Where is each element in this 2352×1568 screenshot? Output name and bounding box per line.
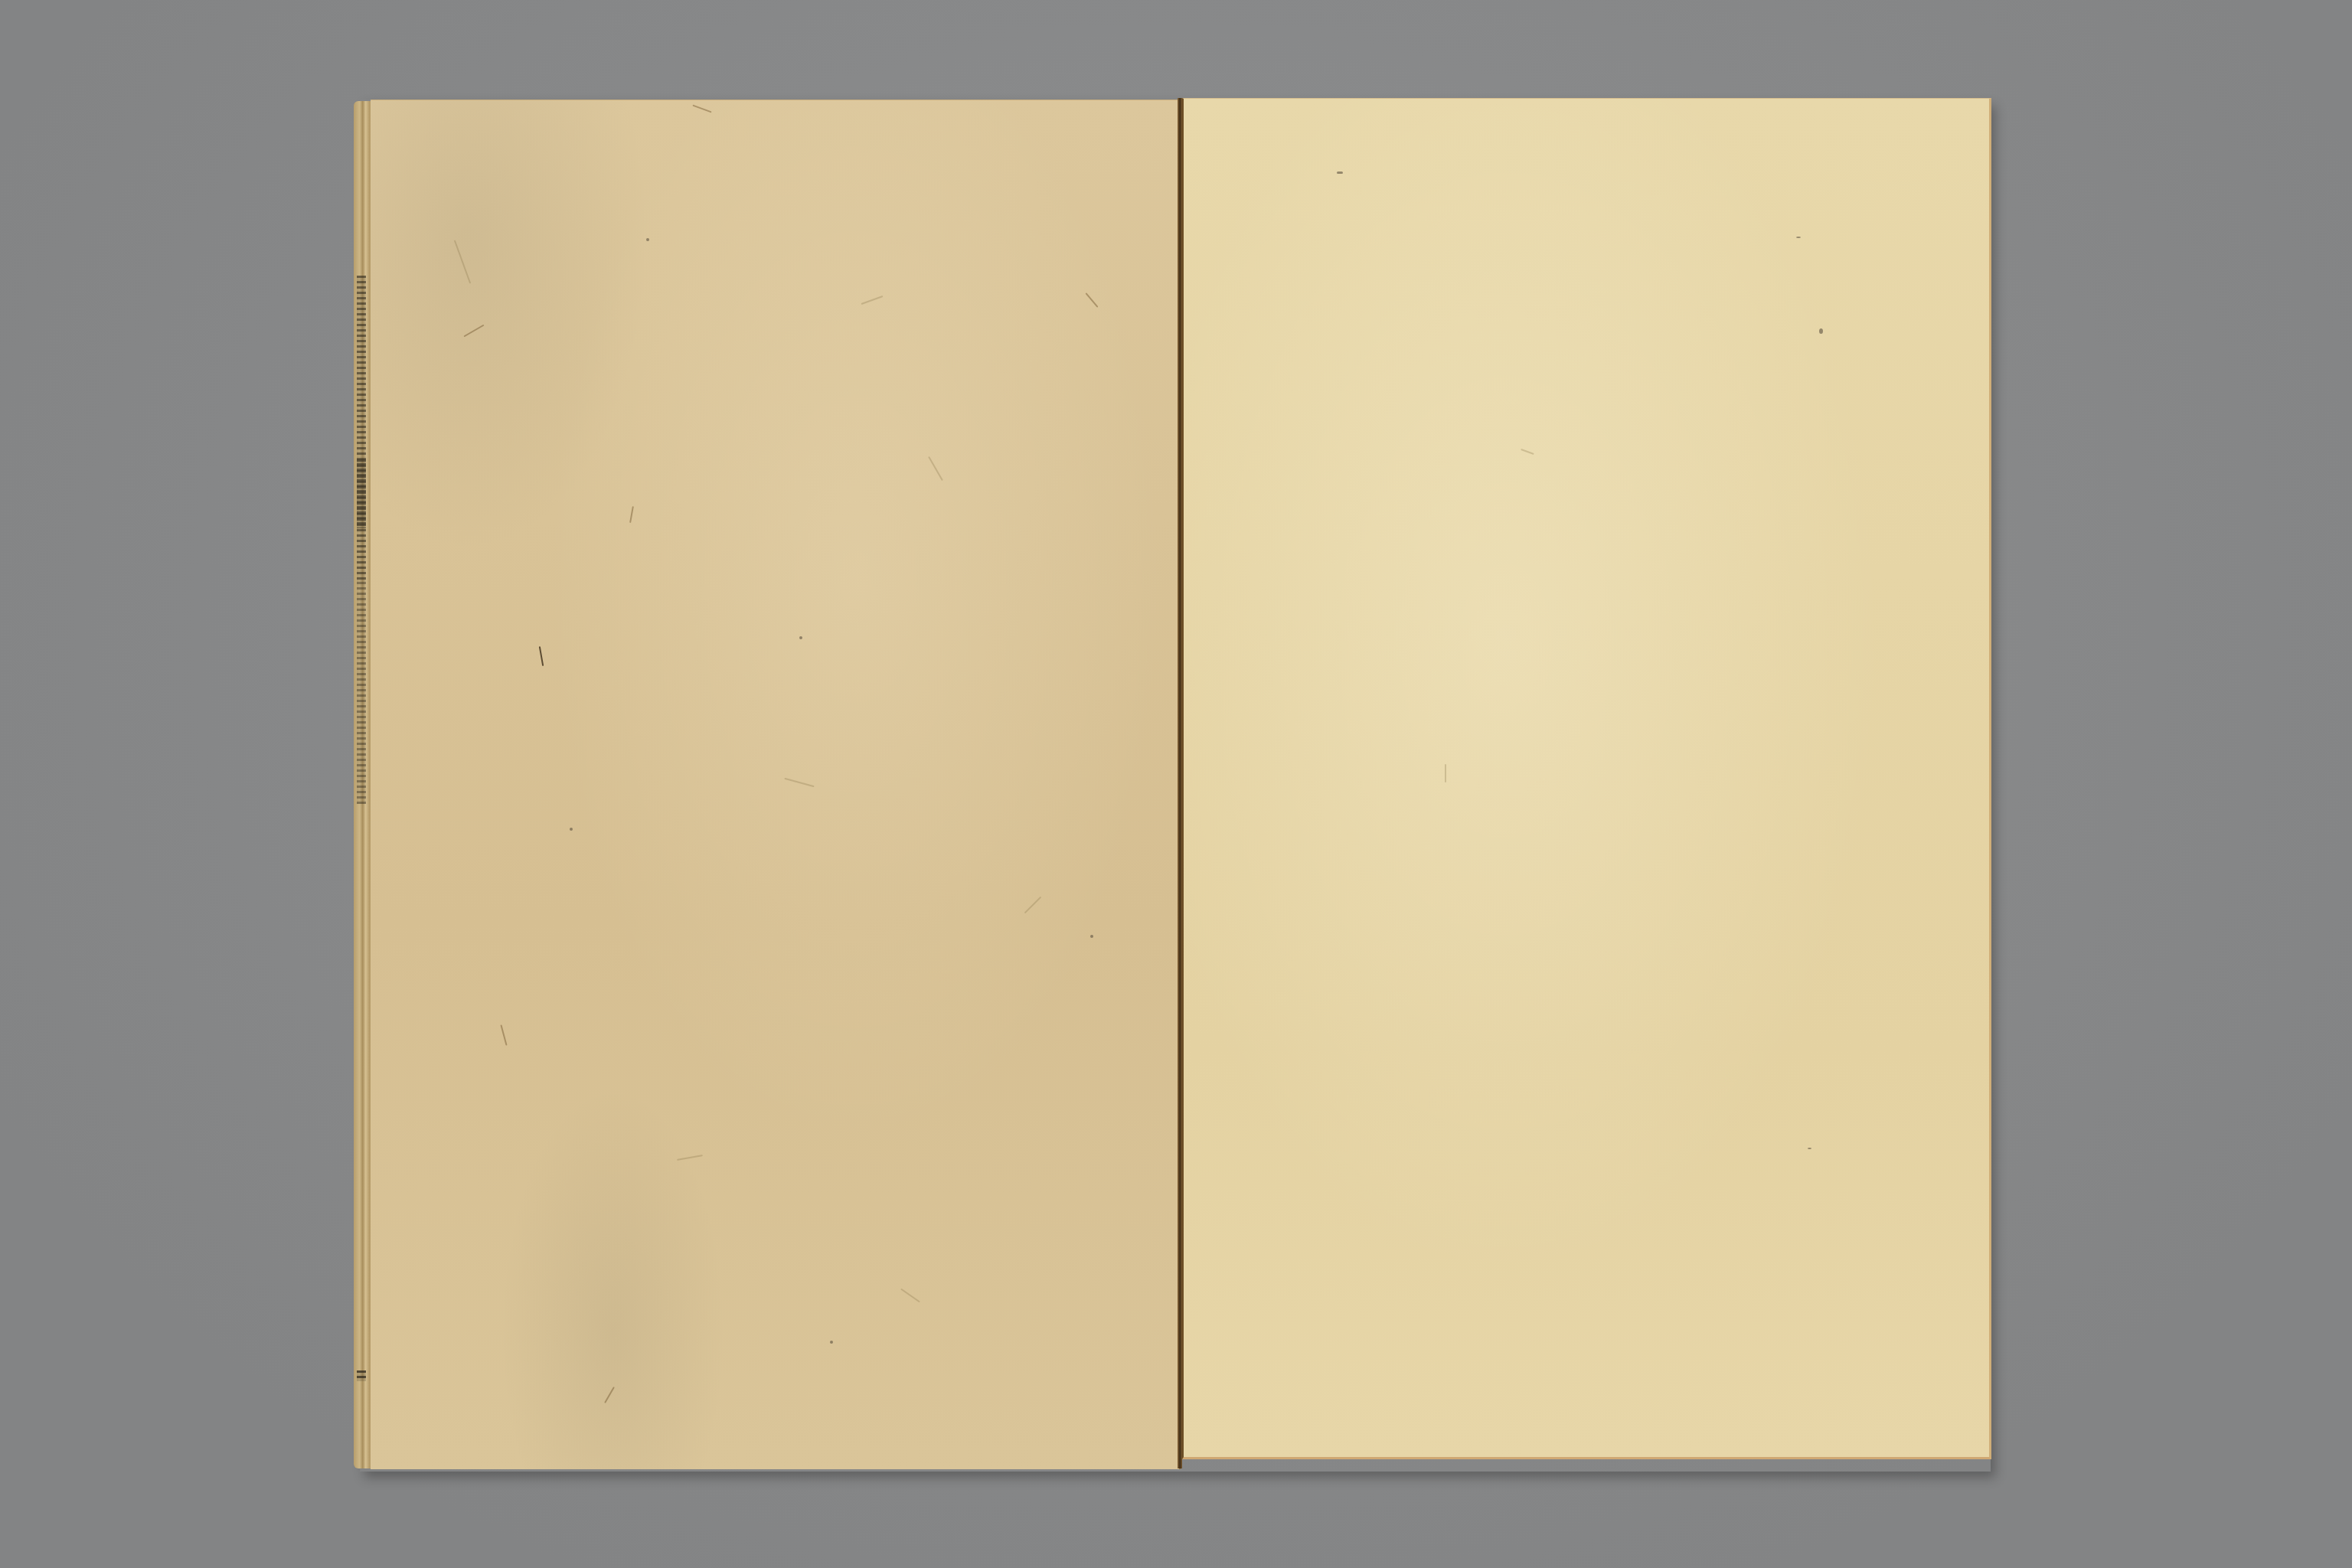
paper-fiber <box>629 506 634 523</box>
paper-speck <box>570 828 573 831</box>
paper-speck <box>1090 935 1093 938</box>
paper-fiber <box>928 456 943 481</box>
paper-speck <box>1337 171 1343 174</box>
paper-speck <box>1819 328 1823 334</box>
paper-fiber <box>692 105 711 113</box>
paper-speck <box>1808 1148 1811 1149</box>
paper-fiber <box>1086 292 1099 308</box>
paper-fiber <box>900 1289 920 1303</box>
photo-scene <box>0 0 2352 1568</box>
paper-fiber <box>464 325 485 338</box>
paper-speck <box>1796 237 1801 238</box>
right-page <box>1182 98 1991 1459</box>
paper-fiber <box>1024 897 1042 914</box>
paper-fiber <box>1445 764 1446 782</box>
paper-fiber <box>539 646 544 666</box>
left-page <box>371 100 1181 1469</box>
edge-ink-mark <box>357 459 366 582</box>
paper-speck <box>646 238 649 241</box>
paper-speck <box>830 1341 833 1344</box>
edge-ink-mark <box>357 1370 366 1381</box>
paper-fiber <box>1521 449 1534 455</box>
paper-fiber <box>861 296 884 305</box>
paper-fiber <box>677 1155 703 1161</box>
edge-ink-mark <box>357 582 366 804</box>
paper-speck <box>799 636 802 639</box>
paper-fiber <box>500 1024 507 1046</box>
paper-fiber <box>454 240 471 283</box>
paper-fiber <box>784 778 814 787</box>
paper-fiber <box>604 1387 615 1403</box>
